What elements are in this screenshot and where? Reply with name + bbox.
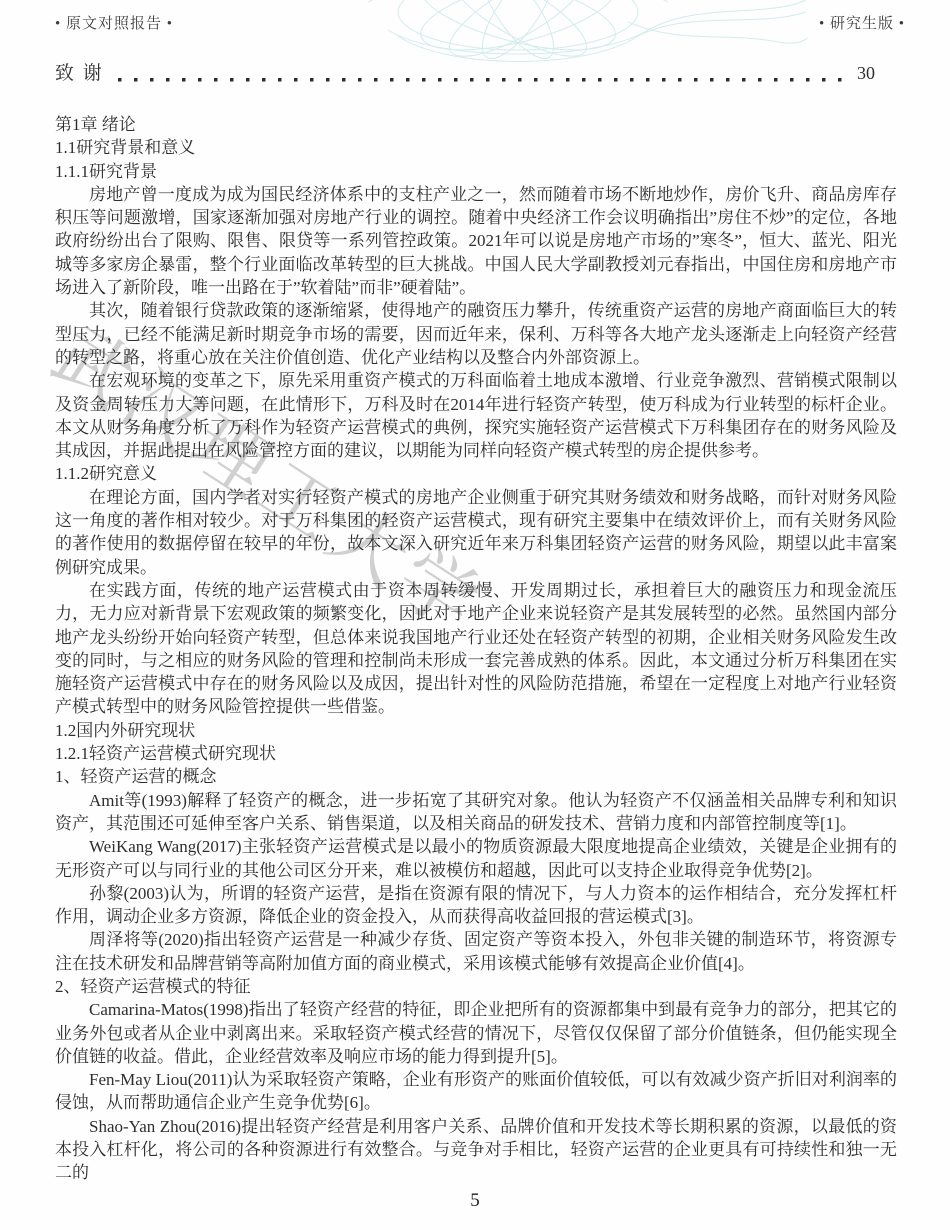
toc-entry-page-number: 30 — [857, 63, 875, 84]
running-header: • 原文对照报告 • • 研究生版 • — [55, 12, 905, 33]
section-heading: 1.2.1轻资产运营模式研究现状 — [55, 742, 897, 765]
body-paragraph: Camarina-Matos(1998)指出了轻资产经营的特征，即企业把所有的资… — [55, 998, 897, 1068]
report-page: • 原文对照报告 • • 研究生版 • 致 谢 30 武汉理工大学 第1章 绪论… — [0, 0, 950, 1230]
body-paragraph: 在实践方面，传统的地产运营模式由于资本周转缓慢、开发周期过长，承担着巨大的融资压… — [55, 579, 897, 719]
toc-entry-title: 致 谢 — [55, 58, 104, 85]
page-number: 5 — [0, 1190, 950, 1212]
body-paragraph: 其次，随着银行贷款政策的逐渐缩紧，使得地产的融资压力攀升，传统重资产运营的房地产… — [55, 299, 897, 369]
section-heading: 1.1研究背景和意义 — [55, 136, 897, 159]
section-heading: 1.1.1研究背景 — [55, 160, 897, 183]
header-right-label: • 研究生版 • — [819, 12, 905, 33]
body-paragraph: 在宏观环境的变革之下，原先采用重资产模式的万科面临着土地成本激增、行业竞争激烈、… — [55, 369, 897, 462]
section-heading: 第1章 绪论 — [55, 113, 897, 136]
body-paragraph: Shao-Yan Zhou(2016)提出轻资产经营是利用客户关系、品牌价值和开… — [55, 1115, 897, 1185]
body-paragraph: 在理论方面，国内学者对实行轻资产模式的房地产企业侧重于研究其财务绩效和财务战略，… — [55, 486, 897, 579]
document-body: 第1章 绪论1.1研究背景和意义1.1.1研究背景房地产曾一度成为成为国民经济体… — [55, 113, 897, 1185]
body-paragraph: 孙黎(2003)认为，所谓的轻资产运营，是指在资源有限的情况下，与人力资本的运作… — [55, 882, 897, 929]
section-heading: 1.1.2研究意义 — [55, 462, 897, 485]
section-heading: 1、轻资产运营的概念 — [55, 765, 897, 788]
section-heading: 2、轻资产运营模式的特征 — [55, 975, 897, 998]
body-paragraph: 房地产曾一度成为成为国民经济体系中的支柱产业之一，然而随着市场不断地炒作，房价飞… — [55, 183, 897, 299]
header-left-label: • 原文对照报告 • — [55, 12, 173, 33]
body-paragraph: Amit等(1993)解释了轻资产的概念，进一步拓宽了其研究对象。他认为轻资产不… — [55, 789, 897, 836]
body-paragraph: 周泽将等(2020)指出轻资产运营是一种减少存货、固定资产等资本投入，外包非关键… — [55, 928, 897, 975]
toc-entry-row: 致 谢 30 — [55, 58, 875, 85]
body-paragraph: Fen-May Liou(2011)认为采取轻资产策略，企业有形资产的账面价值较… — [55, 1068, 897, 1115]
section-heading: 1.2国内外研究现状 — [55, 719, 897, 742]
dot-leader — [118, 78, 847, 82]
body-paragraph: WeiKang Wang(2017)主张轻资产运营模式是以最小的物质资源最大限度… — [55, 835, 897, 882]
